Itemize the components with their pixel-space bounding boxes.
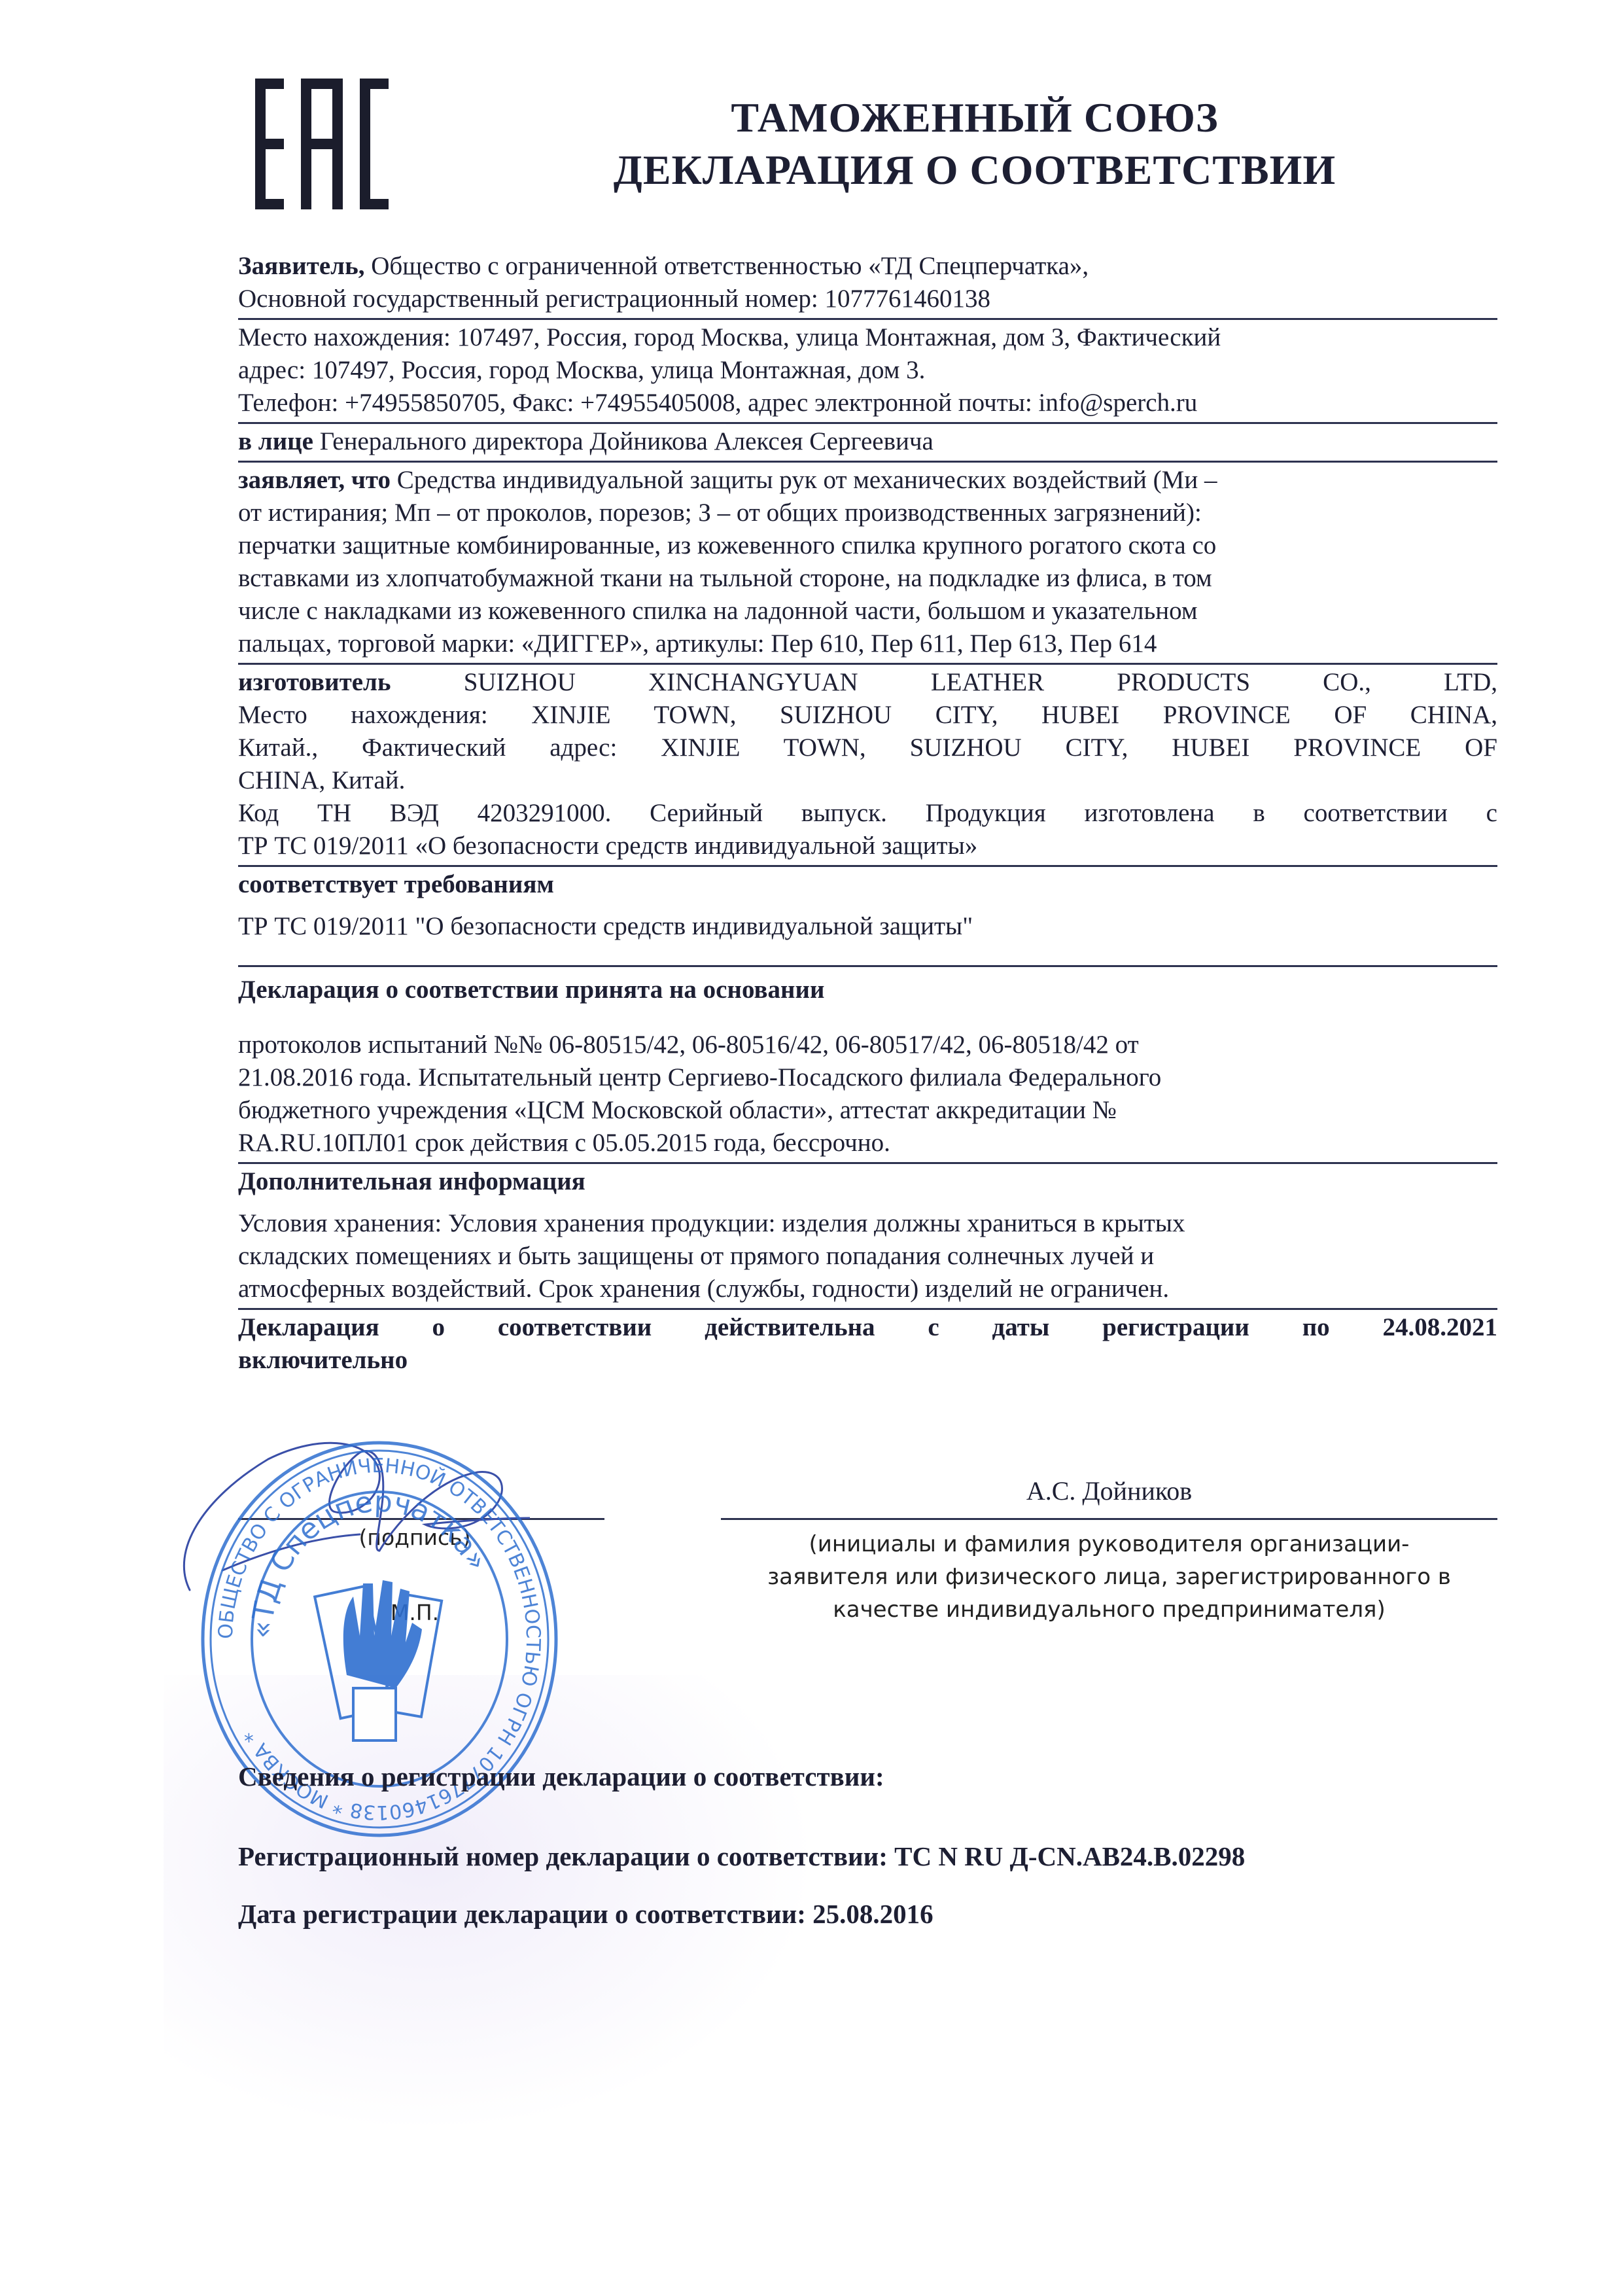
applicant-name: Общество с ограниченной ответственностью…	[364, 252, 1089, 280]
declares-line: числе с накладками из кожевенного спилка…	[238, 595, 1497, 627]
registration-heading: Сведения о регистрации декларации о соот…	[238, 1760, 1497, 1793]
manufacturer-section: изготовитель SUIZHOU XINCHANGYUAN LEATHE…	[238, 665, 1497, 867]
validity-line: Декларация о соответствии действительна …	[238, 1311, 1497, 1344]
basis-label: Декларация о соответствии принята на осн…	[238, 974, 1497, 1006]
contacts-line: Телефон: +74955850705, Факс: +7495540500…	[238, 387, 1497, 419]
manufacturer-address-line: Место нахождения: XINJIE TOWN, SUIZHOU C…	[238, 699, 1497, 732]
signer-name-caption: (инициалы и фамилия руководителя организ…	[721, 1528, 1497, 1626]
applicant-label: Заявитель,	[238, 252, 364, 280]
manufacturer-name: SUIZHOU XINCHANGYUAN LEATHER PRODUCTS CO…	[391, 668, 1497, 696]
declares-line: вставками из хлопчатобумажной ткани на т…	[238, 562, 1497, 595]
additional-info-line: Условия хранения: Условия хранения проду…	[238, 1207, 1497, 1240]
signature-line	[238, 1518, 604, 1520]
address-section: Место нахождения: 107497, Россия, город …	[238, 320, 1497, 424]
applicant-ogrn: Основной государственный регистрационный…	[238, 283, 1497, 315]
represented-by-text: Генерального директора Дойникова Алексея…	[313, 427, 934, 455]
signer-name: А.С. Дойников	[721, 1475, 1497, 1506]
eac-mark-icon	[255, 79, 399, 209]
signer-name-line	[721, 1518, 1497, 1520]
basis-line: бюджетного учреждения «ЦСМ Московской об…	[238, 1094, 1497, 1127]
signature-caption: (подпись)	[317, 1525, 513, 1550]
declares-line: Средства индивидуальной защиты рук от ме…	[391, 466, 1217, 494]
additional-info-section: Дополнительная информация Условия хранен…	[238, 1164, 1497, 1310]
hs-code-line: Код ТН ВЭД 4203291000. Серийный выпуск. …	[238, 797, 1497, 830]
basis-section: Декларация о соответствии принята на осн…	[238, 967, 1497, 1164]
caption-line: заявителя или физического лица, зарегист…	[721, 1561, 1497, 1593]
title-customs-union: ТАМОЖЕННЫЙ СОЮЗ	[563, 92, 1387, 144]
additional-info-line: атмосферных воздействий. Срок хранения (…	[238, 1273, 1497, 1305]
additional-info-label: Дополнительная информация	[238, 1165, 1497, 1198]
seal-caption: М.П.	[369, 1600, 461, 1625]
manufacturer-label: изготовитель	[238, 668, 391, 696]
additional-info-line: складских помещениях и быть защищены от …	[238, 1240, 1497, 1273]
signature-block: (подпись) М.П. А.С. Дойников (инициалы и…	[238, 1459, 1497, 1675]
address-line-1: Место нахождения: 107497, Россия, город …	[238, 321, 1497, 354]
validity-line: включительно	[238, 1344, 1497, 1377]
declares-line: от истирания; Мп – от проколов, порезов;…	[238, 497, 1497, 529]
complies-text: ТР ТС 019/2011 "О безопасности средств и…	[238, 910, 1497, 943]
complies-section: соответствует требованиям ТР ТС 019/2011…	[238, 867, 1497, 967]
hs-code-line: ТР ТС 019/2011 «О безопасности средств и…	[238, 830, 1497, 862]
caption-line: качестве индивидуального предпринимателя…	[721, 1593, 1497, 1626]
declares-section: заявляет, что Средства индивидуальной за…	[238, 463, 1497, 665]
declaration-page: ТАМОЖЕННЫЙ СОЮЗ ДЕКЛАРАЦИЯ О СООТВЕТСТВИ…	[0, 0, 1623, 2296]
registration-number: Регистрационный номер декларации о соотв…	[238, 1840, 1497, 1873]
registration-date: Дата регистрации декларации о соответств…	[238, 1898, 1497, 1930]
declaration-body: Заявитель, Общество с ограниченной ответ…	[238, 249, 1497, 1379]
basis-line: RA.RU.10ПЛ01 срок действия с 05.05.2015 …	[238, 1127, 1497, 1159]
declares-line: перчатки защитные комбинированные, из ко…	[238, 529, 1497, 562]
declares-line: пальцах, торговой марки: «ДИГГЕР», артик…	[238, 627, 1497, 660]
address-line-2: адрес: 107497, Россия, город Москва, ули…	[238, 354, 1497, 387]
applicant-section: Заявитель, Общество с ограниченной ответ…	[238, 249, 1497, 320]
document-title: ТАМОЖЕННЫЙ СОЮЗ ДЕКЛАРАЦИЯ О СООТВЕТСТВИ…	[563, 92, 1387, 196]
validity-section: Декларация о соответствии действительна …	[238, 1310, 1497, 1379]
complies-label: соответствует требованиям	[238, 868, 1497, 901]
represented-by-section: в лице Генерального директора Дойникова …	[238, 424, 1497, 463]
represented-by-label: в лице	[238, 427, 313, 455]
basis-line: 21.08.2016 года. Испытательный центр Сер…	[238, 1061, 1497, 1094]
basis-line: протоколов испытаний №№ 06-80515/42, 06-…	[238, 1029, 1497, 1061]
caption-line: (инициалы и фамилия руководителя организ…	[721, 1528, 1497, 1561]
manufacturer-address-line: CHINA, Китай.	[238, 764, 1497, 797]
registration-info: Сведения о регистрации декларации о соот…	[238, 1760, 1497, 1930]
manufacturer-address-line: Китай., Фактический адрес: XINJIE TOWN, …	[238, 732, 1497, 764]
declares-label: заявляет, что	[238, 466, 391, 494]
title-declaration: ДЕКЛАРАЦИЯ О СООТВЕТСТВИИ	[563, 144, 1387, 196]
